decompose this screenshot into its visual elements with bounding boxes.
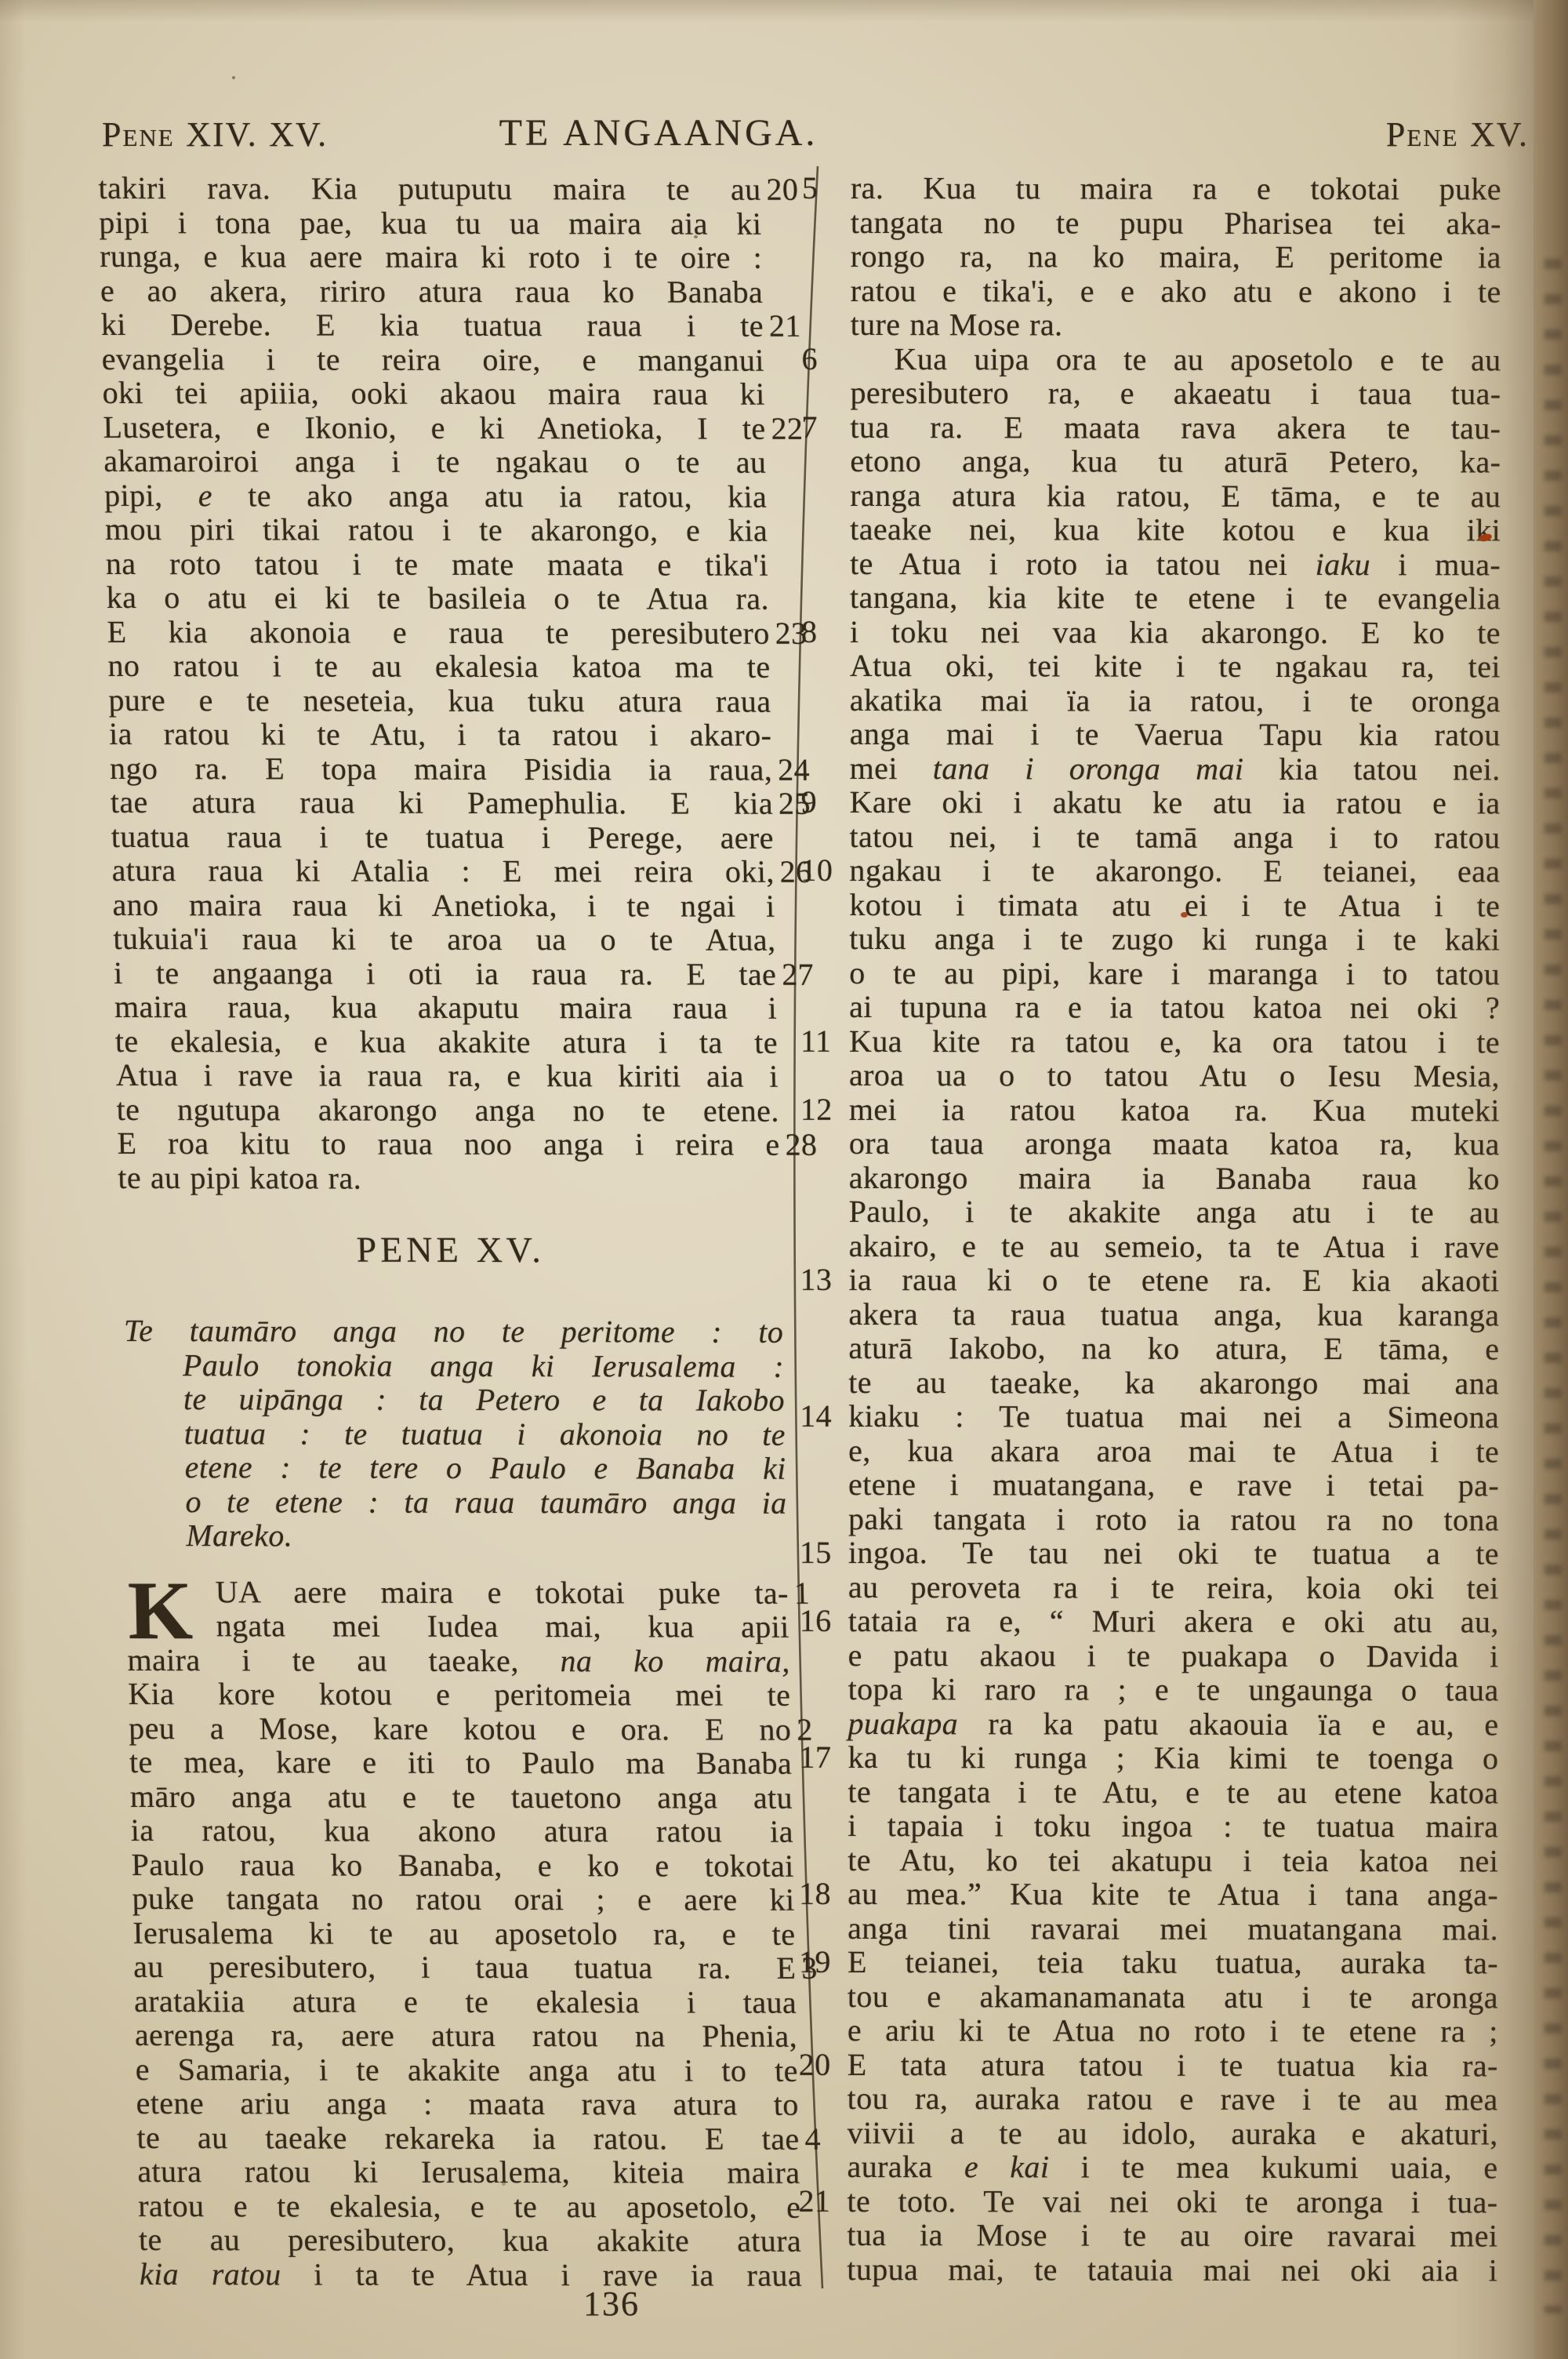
text-line: te ngutupa akarongo anga no te etene. [116, 1092, 779, 1127]
text-line: tangana, kia kite te etene i te evangeli… [850, 580, 1501, 616]
text-line: akarongo maira ia Banaba raua ko [849, 1160, 1500, 1195]
text-line: tua ra. E maata rava akera te tau-7 [850, 409, 1501, 445]
chapter15-verse-lines: K UA aere maira e tokotai puke ta-1ngata… [125, 1574, 802, 2292]
text-line: aroa ua o to tatou Atu o Iesu Mesia, [849, 1058, 1500, 1093]
chapter-heading: PENE XV. [119, 1227, 782, 1273]
text-line: tuku anga i te zugo ki runga i te kaki [849, 921, 1500, 957]
text-line: ratou e tika'i, e e ako atu e akono i te [851, 273, 1501, 308]
verse-number: 28 [785, 1128, 834, 1162]
verse-number: 19 [799, 1945, 841, 1979]
verse-number: 12 [800, 1092, 843, 1126]
text-line: E tata atura tatou i te tuatua kia ra-20 [848, 2047, 1498, 2082]
dust-speck [232, 76, 235, 79]
text-line: Kare oki i akatu ke atu ia ratou e ia9 [850, 785, 1501, 820]
text-line: etene : te tere o Paulo e Banaba ki [123, 1450, 786, 1485]
text-line: au peroveta ra i te reira, koia oki tei [848, 1569, 1499, 1605]
text-line: atura ratou ki Ierusalema, kiteia maira [137, 2154, 800, 2190]
text-line: Ierusalema ki te au aposetolo ra, e te [132, 1915, 796, 1950]
text-line: Paulo raua ko Banaba, e ko e tokotai [131, 1847, 794, 1882]
text-line: takiri rava. Kia putuputu maira te au20 [98, 171, 761, 206]
text-line: tangata no te pupu Pharisea tei aka- [851, 205, 1501, 240]
text-line: pipi, e te ako anga atu ia ratou, kia [104, 478, 768, 513]
text-line: māro anga atu e te tauetono anga atu [129, 1779, 793, 1814]
text-line: no ratou i te au ekalesia katoa ma te [107, 649, 771, 684]
text-line: tuatua raua i te tuatua i Perege, aere [111, 819, 774, 854]
text-line: te au peresibutero, kua akakite atura [139, 2223, 802, 2258]
text-line: ngata mei Iudea mai, kua apii [126, 1608, 789, 1644]
text-line: te uipānga : ta Petero e ta Iakobo [122, 1382, 785, 1417]
text-line: maira i te au taeake, na ko maira, [127, 1642, 790, 1677]
text-line: taeake nei, kua kite kotou e kua iki [850, 512, 1501, 547]
text-line: o te etene : ta raua taumāro anga ia [124, 1484, 787, 1519]
text-line: akatika mai ïa ia ratou, i te oronga [850, 682, 1501, 718]
verse-number: 14 [800, 1399, 842, 1434]
text-line: peu a Mose, kare kotou e ora. E no2 [129, 1710, 792, 1746]
text-line: e Samaria, i te akakite anga atu i to te [135, 2052, 798, 2087]
text-line: te Atu, ko tei akatupu i teia katoa nei [848, 1842, 1498, 1877]
text-line: Kua kite ra tatou e, ka ora tatou i te11 [849, 1023, 1500, 1059]
verse-number: 27 [782, 957, 831, 991]
chapter-summary: Te taumāro anga no te peritome : toPaulo… [121, 1314, 788, 1554]
text-line: puke tangata no ratou orai ; e aere ki [132, 1881, 795, 1917]
chapter15-verse-lines-continued: ra. Kua tu maira ra e tokotai puke5tanga… [847, 171, 1501, 2287]
verse-number: 7 [801, 409, 844, 444]
text-line: Kia kore kotou e peritomeia mei te [128, 1677, 791, 1712]
right-column: ra. Kua tu maira ra e tokotai puke5tanga… [847, 171, 1501, 2287]
text-line: ai tupuna ra e ia tatou katoa nei oki ? [849, 990, 1500, 1025]
text-line: ia raua ki o te etene ra. E kia akaoti13 [848, 1263, 1499, 1298]
text-line: E teianei, teia taku tuatua, auraka ta-1… [848, 1945, 1498, 1980]
text-line: na roto tatou i te mate maata e tika'i [105, 546, 768, 581]
verse-number: 21 [798, 2183, 840, 2218]
verse-number: 21 [768, 309, 818, 343]
text-line: tatou nei, i te tamā anga i to ratou [849, 819, 1500, 854]
book-page-scan: { "colors":{"paper":"#dcd2ba","ink":"#33… [0, 0, 1568, 2359]
text-line: te mea, kare e iti to Paulo ma Banaba [129, 1745, 793, 1780]
text-line: Atua oki, tei kite i te ngakau ra, tei [850, 649, 1501, 684]
text-line: kotou i timata atu ei i te Atua i te [849, 887, 1500, 922]
text-line: Lusetera, e Ikonio, e ki Anetioka, I te2… [103, 409, 766, 445]
text-line: topa ki raro ra ; e te ungaunga o taua [848, 1672, 1499, 1707]
text-line: Te taumāro anga no te peritome : to [121, 1314, 784, 1349]
text-line: e patu akaou i te puakapa o Davida i [848, 1637, 1499, 1673]
text-line: akera ta raua tuatua anga, kua karanga [848, 1296, 1499, 1332]
text-line: ngo ra. E topa maira Pisidia ia raua,24 [110, 751, 773, 786]
text-line: rongo ra, na ko maira, E peritome ia [851, 239, 1501, 274]
text-line: anga mai i te Vaerua Tapu kia ratou [850, 717, 1501, 752]
red-ink-speck [1181, 912, 1188, 918]
text-line: te ekalesia, e kua akakite atura i ta te [114, 1023, 778, 1059]
text-line: ngakau i te akarongo. E teianei, eaa10 [849, 853, 1500, 889]
text-line: au peresibutero, i taua tuatua ra. E3 [133, 1950, 797, 1985]
text-line: tataia ra e, “ Muri akera e oki atu au,1… [848, 1604, 1499, 1639]
text-line: mei ia ratou katoa ra. Kua muteki12 [849, 1092, 1500, 1127]
text-line: Mareko. [125, 1518, 788, 1554]
verse-number: 17 [799, 1740, 841, 1775]
text-line: te au taeake rekareka ia ratou. E tae4 [136, 2120, 800, 2155]
text-line: peresibutero ra, e akaeatu i taua tua- [850, 376, 1501, 411]
text-line: oki tei apiiia, ooki akaou maira raua ki [102, 376, 765, 411]
text-line: Paulo, i te akakite anga atu i te au [849, 1194, 1500, 1230]
text-line: akairo, e te au semeio, ta te Atua i rav… [849, 1228, 1500, 1263]
running-head-left: Pene XIV. XV. [102, 114, 328, 154]
verse-number: 10 [800, 853, 843, 888]
text-line: ora taua aronga maata katoa ra, kua [849, 1126, 1500, 1161]
text-line: viivii a te au idolo, auraka e akaturi, [848, 2115, 1498, 2150]
text-line: ia ratou ki te Atu, i ta ratou i akaro- [109, 717, 772, 752]
text-line: tupua mai, te tatauia mai nei oki aia i [847, 2252, 1497, 2287]
text-line: mei tana i oronga mai kia tatou nei. [850, 751, 1501, 786]
text-line: ka o atu ei ki te basileia o te Atua ra. [106, 580, 769, 616]
text-line: te au taeake, ka akarongo mai ana [848, 1365, 1499, 1400]
chapter14-verse-lines: takiri rava. Kia putuputu maira te au20p… [98, 171, 781, 1196]
text-line: ingoa. Te tau nei oki te tuatua a te15 [848, 1536, 1499, 1571]
verse-number: 6 [802, 341, 844, 376]
text-line: pure e te neseteia, kua tuku atura raua [108, 682, 771, 718]
text-line: ia ratou, kua akono atura ratou ia [130, 1813, 793, 1848]
text-line: mou piri tikai ratou i te akarongo, e ki… [105, 512, 768, 547]
running-head-right: Pene XV. [1333, 114, 1529, 154]
text-line: te toto. Te vai nei oki te aronga i tua-… [847, 2183, 1497, 2219]
text-line: ranga atura kia ratou, E tāma, e te au [850, 478, 1501, 513]
text-line: aratakiia atura e te ekalesia i taua [134, 1983, 797, 2019]
verse-number: 18 [799, 1877, 841, 1911]
text-line: i tapaia i toku ingoa : te tuatua maira [848, 1808, 1498, 1844]
text-line: o te au pipi, kare i maranga i to tatou [849, 955, 1500, 990]
text-line: te Atua i roto ia tatou nei iaku i mua- [850, 546, 1501, 581]
text-line: E kia akonoia e raua te peresibutero23 [107, 614, 770, 649]
text-line: ture na Mose ra. [851, 307, 1501, 343]
text-line: auraka e kai i te mea kukumi uaia, e [848, 2150, 1498, 2185]
text-line: te tangata i te Atu, e te au etene katoa [848, 1774, 1498, 1809]
verse-number: 13 [800, 1263, 842, 1297]
text-line: ki Derebe. E kia tuatua raua i te21 [100, 307, 764, 343]
text-line: e ariu ki te Atua no roto i te etene ra … [848, 2013, 1498, 2048]
text-line: tou ra, auraka ratou e rave i te au mea [848, 2081, 1498, 2117]
next-page-text-bleed [1544, 259, 1562, 2314]
text-line: e ao akera, ririro atura raua ko Banaba [100, 273, 764, 308]
verse-number: 20 [799, 2047, 841, 2081]
text-line: aturā Iakobo, na ko atura, E tāma, e [848, 1331, 1499, 1366]
text-line: au mea.” Kua kite te Atua i tana anga-18 [848, 1877, 1498, 1912]
running-head-title: TE ANGAANGA. [439, 111, 878, 154]
left-column: takiri rava. Kia putuputu maira te au20p… [98, 171, 802, 2292]
text-line: i toku nei vaa kia akarongo. E ko te8 [850, 614, 1501, 649]
text-line: e, kua akara aroa mai te Atua i te [848, 1433, 1499, 1468]
text-line: tukuia'i raua ki te aroa ua o te Atua, [113, 921, 776, 957]
text-line: tua ia Mose i te au oire ravarai mei [847, 2218, 1497, 2253]
text-line: maira raua, kua akaputu maira raua i [114, 990, 778, 1025]
text-line: te au pipi katoa ra. [118, 1160, 781, 1195]
text-line: kia ratou i ta te Atua i rave ia raua [139, 2256, 802, 2292]
page-number: 136 [549, 2284, 674, 2324]
text-line: Paulo tonokia anga ki Ierusalema : [122, 1347, 785, 1383]
text-line: kiaku : Te tuatua mai nei a Simeona14 [848, 1399, 1499, 1434]
text-line: anga tini ravarai mei muatangana mai. [848, 1910, 1498, 1946]
text-line: i te angaanga i oti ia raua ra. E tae27 [114, 955, 777, 990]
text-line: atura raua ki Atalia : E mei reira oki,2… [111, 853, 775, 889]
verse-number: 9 [801, 785, 844, 820]
text-line: ano maira raua ki Anetioka, i te ngai i [112, 887, 775, 922]
text-line: Kua uipa ora te au aposetolo e te au6 [851, 341, 1501, 376]
text-line: tae atura raua ki Pamephulia. E kia25 [110, 785, 773, 820]
text-line: aerenga ra, aere atura ratou na Phenia, [134, 2018, 797, 2053]
verse-number: 4 [804, 2121, 854, 2156]
text-line: E roa kitu to raua noo anga i reira e28 [117, 1126, 780, 1161]
text-line: etene ariu anga : maata rava atura to [136, 2086, 799, 2121]
verse-number: 16 [800, 1604, 842, 1638]
text-line: runga, e kua aere maira ki roto i te oir… [100, 239, 763, 274]
verse-number: 11 [800, 1023, 843, 1058]
dust-speck [694, 235, 698, 238]
text-line: puakapa ra ka patu akaouia ïa e au, e [848, 1706, 1499, 1741]
text-line: ra. Kua tu maira ra e tokotai puke5 [851, 171, 1501, 206]
verse-number: 8 [801, 614, 844, 649]
text-line: ka tu ki runga ; Kia kimi te toenga o17 [848, 1740, 1498, 1776]
verse-number: 5 [802, 171, 844, 205]
verse-number: 24 [778, 752, 827, 787]
verse-number: 15 [800, 1536, 842, 1570]
text-line: tuatua : te tuatua i akonoia no te [122, 1416, 786, 1451]
text-line: etono anga, kua tu aturā Petero, ka- [850, 444, 1501, 479]
dust-speck [502, 2182, 506, 2186]
text-line: tou e akamanamanata atu i te aronga [848, 1979, 1498, 2014]
text-line: evangelia i te reira oire, e manganui [101, 341, 764, 376]
text-line: UA aere maira e tokotai puke ta-1 [125, 1574, 789, 1609]
text-line: ratou e te ekalesia, e te au aposetolo, … [138, 2188, 801, 2223]
text-line: pipi i tona pae, kua tu ua maira aia ki [99, 205, 762, 240]
text-line: paki tangata i roto ia ratou ra no tona [848, 1501, 1499, 1536]
text-line: akamaroiroi anga i te ngakau o te au [103, 444, 767, 479]
text-line: etene i muatangana, e rave i tetai pa- [848, 1467, 1499, 1503]
text-line: Atua i rave ia raua ra, e kua kiriti aia… [115, 1058, 779, 1093]
